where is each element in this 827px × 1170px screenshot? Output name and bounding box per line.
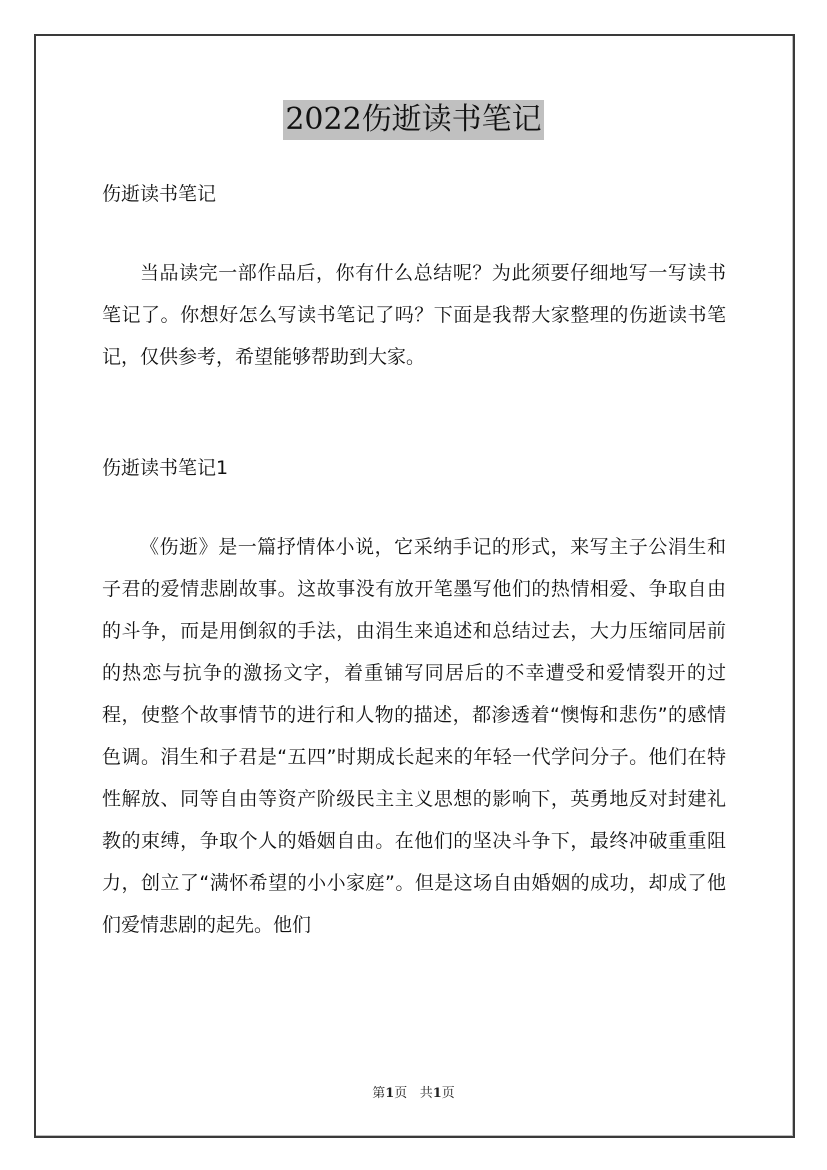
title-container: 2022伤逝读书笔记: [0, 100, 827, 140]
current-page-number: 1: [385, 1086, 394, 1101]
intro-paragraph: 当品读完一部作品后，你有什么总结呢？为此须要仔细地写一写读书笔记了。你想好怎么写…: [102, 252, 726, 378]
page-label-suffix: 页: [394, 1086, 407, 1101]
total-label-prefix: 共: [420, 1086, 433, 1101]
spacer: [102, 378, 726, 450]
spacer: [102, 212, 726, 252]
page-label-prefix: 第: [372, 1086, 385, 1101]
note1-heading: 伤逝读书笔记1: [102, 450, 726, 486]
document-body: 伤逝读书笔记 当品读完一部作品后，你有什么总结呢？为此须要仔细地写一写读书笔记了…: [102, 176, 726, 946]
total-label-suffix: 页: [442, 1086, 455, 1101]
total-pages-number: 1: [433, 1086, 442, 1101]
note1-paragraph: 《伤逝》是一篇抒情体小说，它采纳手记的形式，来写主子公涓生和子君的爱情悲剧故事。…: [102, 526, 726, 946]
spacer: [102, 486, 726, 526]
section-heading: 伤逝读书笔记: [102, 176, 726, 212]
page-footer: 第1页 共1页: [0, 1082, 827, 1101]
document-title: 2022伤逝读书笔记: [283, 100, 543, 140]
